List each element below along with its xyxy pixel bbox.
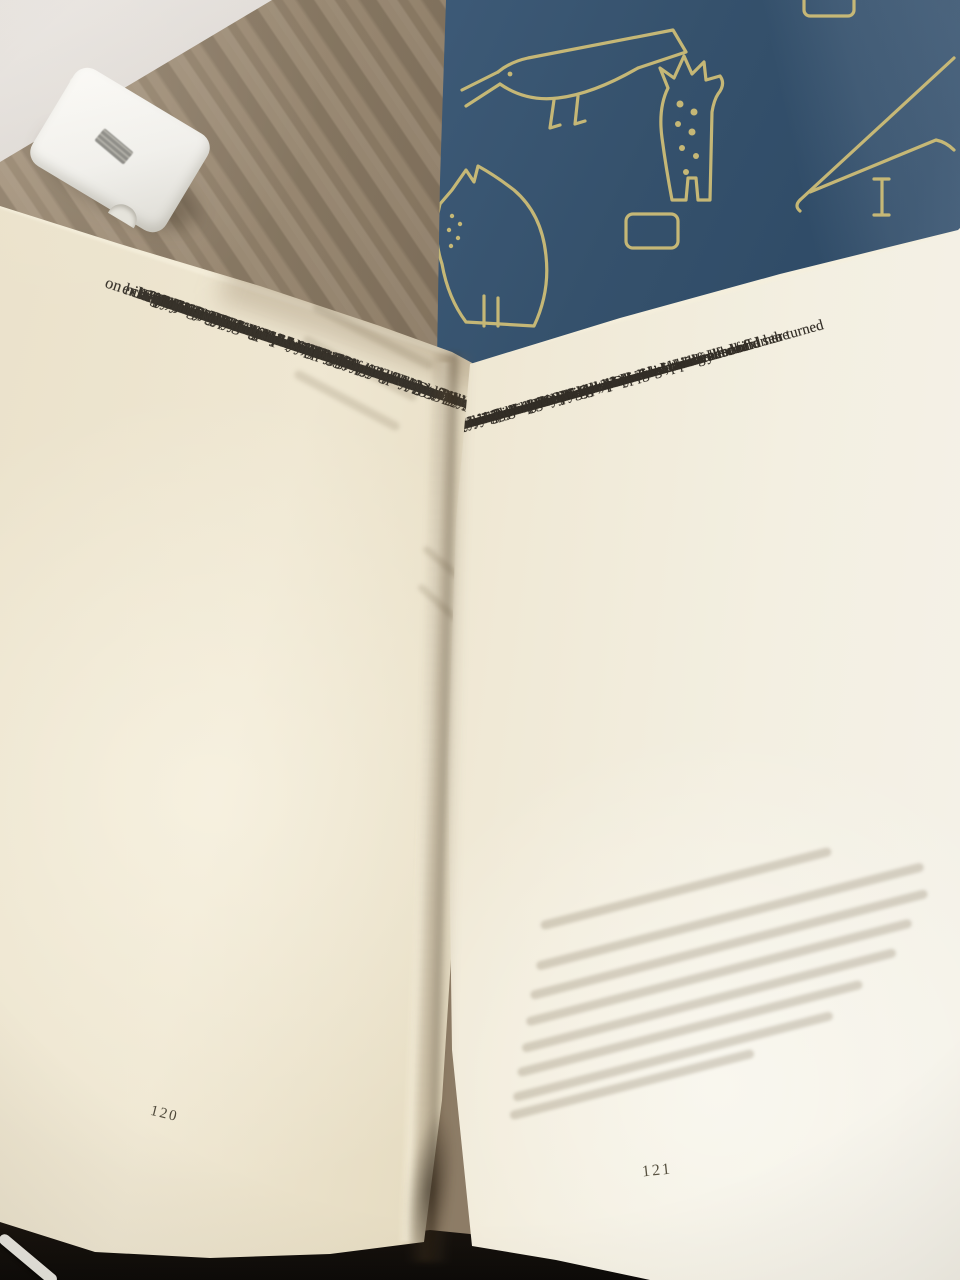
adapter-label (94, 128, 133, 165)
book-photo: A girl from the Northeast team, wearing … (0, 0, 960, 1280)
ghost-text-line (529, 889, 928, 1000)
ghost-text-line (517, 980, 864, 1078)
spotted-deer-doodle (660, 56, 723, 200)
bird-doodle (462, 30, 686, 128)
page-number-left: 120 (148, 1103, 180, 1126)
cat-doodle (436, 166, 546, 326)
ghost-text-line (521, 948, 897, 1053)
ghost-text-line (540, 847, 833, 931)
page-number-right: 121 (641, 1160, 673, 1181)
ghost-text-line (525, 918, 913, 1026)
long-beaked-bird-doodle (797, 58, 954, 215)
